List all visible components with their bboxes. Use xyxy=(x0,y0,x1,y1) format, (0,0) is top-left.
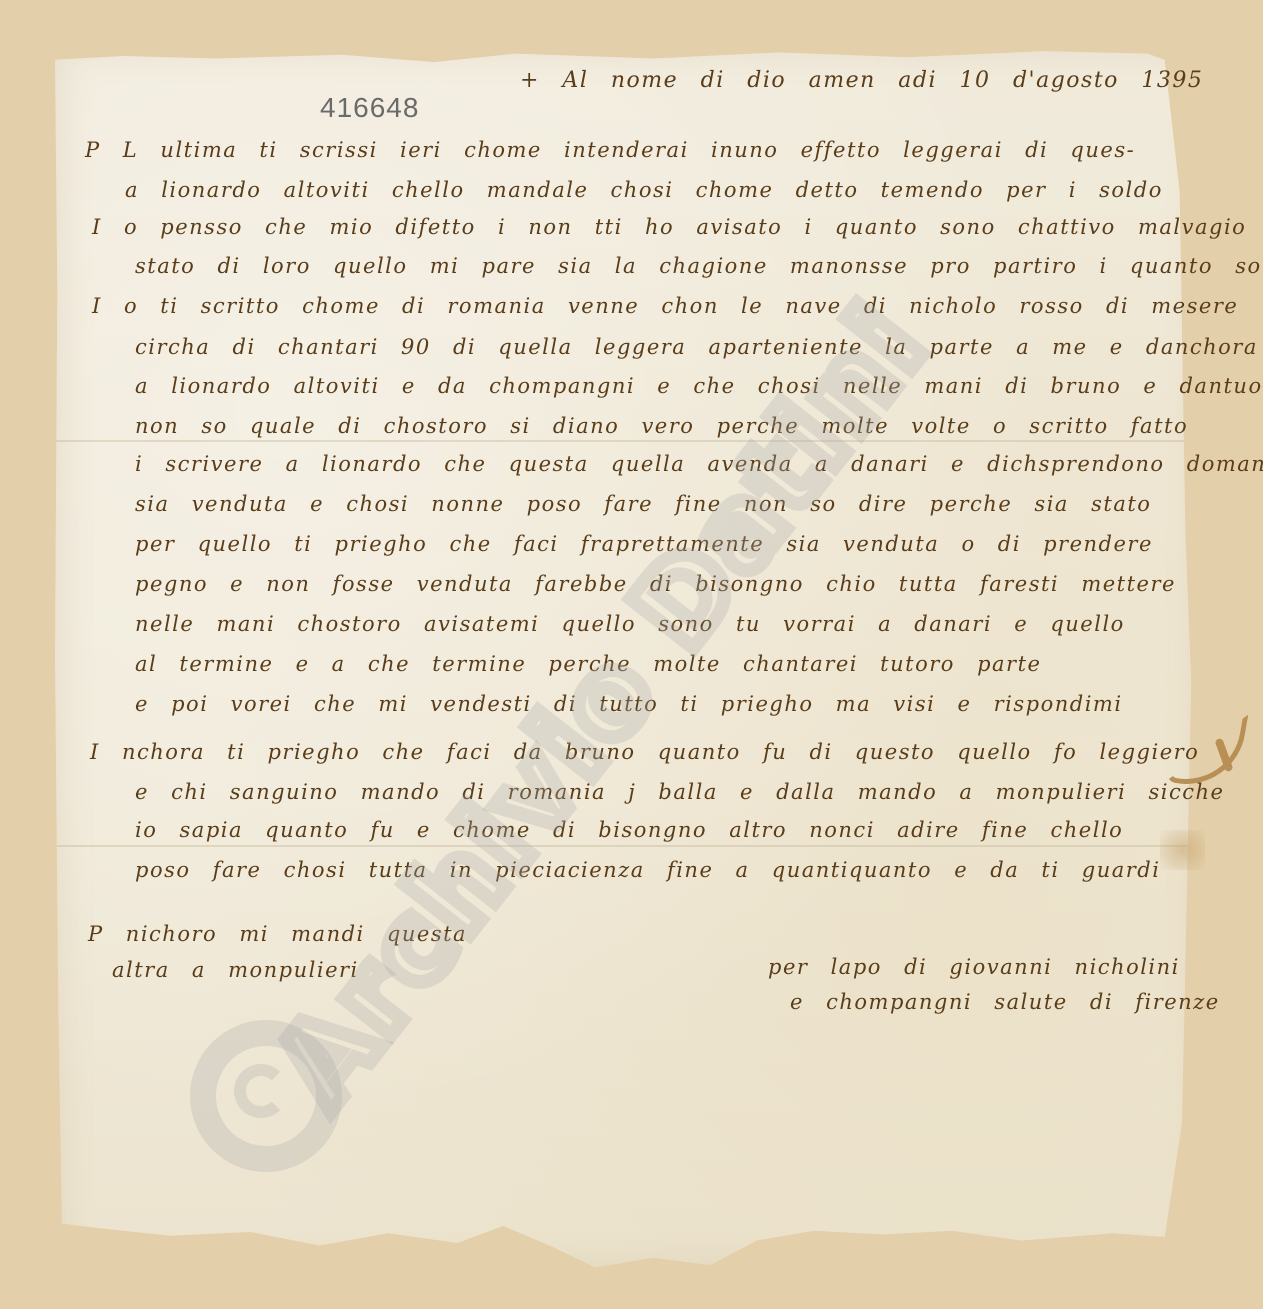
letter-heading: + Al nome di dio amen adi 10 d'agosto 13… xyxy=(520,68,1203,93)
body-line: I nchora ti priegho che faci da bruno qu… xyxy=(90,740,1199,764)
body-line: a lionardo altoviti chello mandale chosi… xyxy=(125,178,1163,202)
body-line: stato di loro quello mi pare sia la chag… xyxy=(135,254,1263,278)
body-line: e chi sanguino mando di romania j balla … xyxy=(135,780,1224,804)
copyright-icon xyxy=(190,1020,342,1172)
body-line: i scrivere a lionardo che questa quella … xyxy=(135,452,1263,476)
body-line: circha di chantari 90 di quella leggera … xyxy=(135,335,1258,359)
fold-crease xyxy=(55,440,1205,442)
postscript-line: P nichoro mi mandi questa xyxy=(88,922,467,946)
body-line: al termine e a che termine perche molte … xyxy=(135,652,1041,676)
body-line: sia venduta e chosi nonne poso fare fine… xyxy=(135,492,1151,516)
body-line: a lionardo altoviti e da chompangni e ch… xyxy=(135,374,1263,398)
body-line: I o ti scritto chome di romania venne ch… xyxy=(92,294,1238,318)
signature-line: e chompangni salute di firenze xyxy=(790,990,1220,1014)
body-line: per quello ti priegho che faci frapretta… xyxy=(135,532,1153,556)
body-line: nelle mani chostoro avisatemi quello son… xyxy=(135,612,1125,636)
fold-crease xyxy=(55,845,1205,847)
body-line: io sapia quanto fu e chome di bisongno a… xyxy=(135,818,1123,842)
body-line: pegno e non fosse venduta farebbe di bis… xyxy=(135,572,1176,596)
signature-line: per lapo di giovanni nicholini xyxy=(768,955,1180,979)
body-line: I o pensso che mio difetto i non tti ho … xyxy=(92,215,1246,239)
body-line: poso fare chosi tutta in pieciacienza fi… xyxy=(135,858,1160,882)
body-line: non so quale di chostoro si diano vero p… xyxy=(135,414,1188,438)
body-line: P L ultima ti scrissi ieri chome intende… xyxy=(85,138,1135,162)
postscript-line: altra a monpulieri xyxy=(112,958,359,982)
water-stain xyxy=(1160,830,1205,870)
body-line: e poi vorei che mi vendesti di tutto ti … xyxy=(135,692,1123,716)
catalog-number: 416648 xyxy=(320,92,419,124)
